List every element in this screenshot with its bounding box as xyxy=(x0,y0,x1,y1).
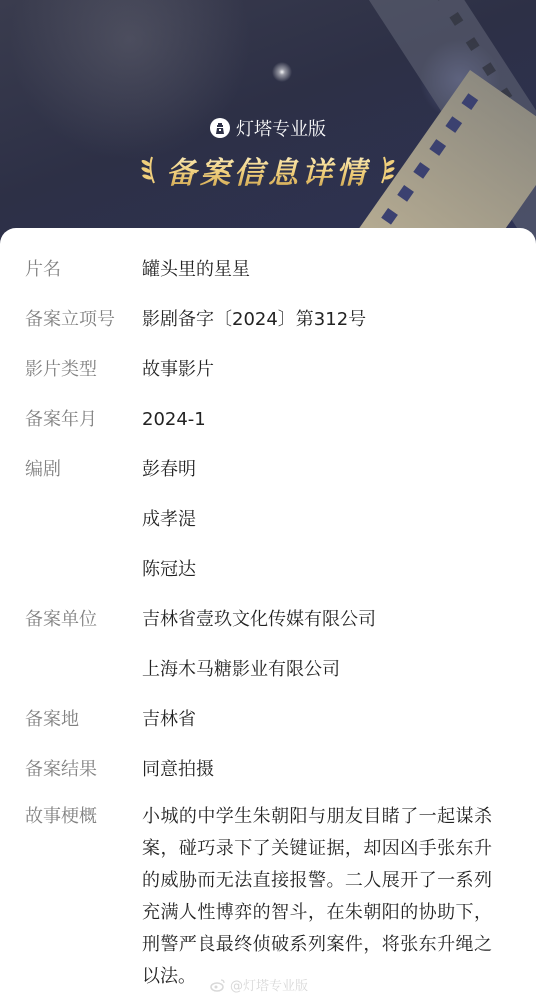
field-record-unit-2: 上海木马糖影业有限公司 xyxy=(25,658,340,682)
field-value: 吉林省 xyxy=(142,708,196,732)
field-value: 成孝湜 xyxy=(142,508,196,532)
field-label: 备案结果 xyxy=(25,758,142,782)
brand: 灯塔专业版 xyxy=(0,115,536,141)
field-record-result: 备案结果 同意拍摄 xyxy=(25,758,214,782)
lighthouse-logo-icon xyxy=(210,118,230,138)
field-film-type: 影片类型 故事影片 xyxy=(25,358,214,382)
field-screenwriter: 编剧 彭春明 xyxy=(25,458,196,482)
page-title: 备案信息详情 xyxy=(166,148,370,192)
brand-name: 灯塔专业版 xyxy=(236,115,326,141)
field-value: 2024-1 xyxy=(142,408,206,432)
synopsis-text: 小城的中学生朱朝阳与朋友目睹了一起谋杀案，碰巧录下了关键证据，却因凶手张东升的威… xyxy=(142,801,492,993)
field-value: 影剧备字〔2024〕第312号 xyxy=(142,308,366,332)
field-value: 故事影片 xyxy=(142,358,214,382)
field-film-name: 片名 罐头里的星星 xyxy=(25,258,250,282)
field-label: 备案年月 xyxy=(25,408,142,432)
field-value: 陈冠达 xyxy=(142,558,196,582)
field-label: 备案地 xyxy=(25,708,142,732)
field-value: 上海木马糖影业有限公司 xyxy=(142,658,340,682)
field-value: 罐头里的星星 xyxy=(142,258,250,282)
field-value: 同意拍摄 xyxy=(142,758,214,782)
field-value: 彭春明 xyxy=(142,458,196,482)
field-screenwriter-2: 成孝湜 xyxy=(25,508,196,532)
watermark-text: @灯塔专业版 xyxy=(230,975,308,994)
field-label: 备案单位 xyxy=(25,608,142,632)
synopsis-label: 故事梗概 xyxy=(25,805,97,829)
field-label: 备案立项号 xyxy=(25,308,142,332)
field-record-location: 备案地 吉林省 xyxy=(25,708,196,732)
watermark: @灯塔专业版 xyxy=(210,975,308,994)
field-value: 吉林省壹玖文化传媒有限公司 xyxy=(142,608,376,632)
laurel-left-icon xyxy=(138,155,160,185)
field-record-unit: 备案单位 吉林省壹玖文化传媒有限公司 xyxy=(25,608,376,632)
field-screenwriter-3: 陈冠达 xyxy=(25,558,196,582)
field-record-number: 备案立项号 影剧备字〔2024〕第312号 xyxy=(25,308,366,332)
field-label: 编剧 xyxy=(25,458,142,482)
field-label: 片名 xyxy=(25,258,142,282)
field-record-date: 备案年月 2024-1 xyxy=(25,408,206,432)
weibo-icon xyxy=(210,978,226,992)
laurel-right-icon xyxy=(376,155,398,185)
page-title-row: 备案信息详情 xyxy=(0,148,536,192)
field-label: 影片类型 xyxy=(25,358,142,382)
header-banner: 灯塔专业版 备案信息详情 xyxy=(0,0,536,250)
